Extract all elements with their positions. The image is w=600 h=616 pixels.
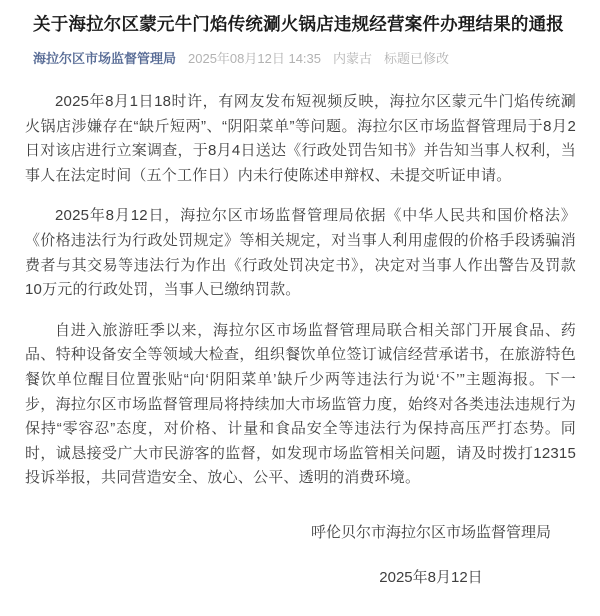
signature-organization: 呼伦贝尔市海拉尔区市场监督管理局 (311, 521, 551, 546)
signature-block: 呼伦贝尔市海拉尔区市场监督管理局 2025年8月12日 (25, 521, 551, 590)
article-body: 2025年8月1日18时许，有网友发布短视频反映，海拉尔区蒙元牛门焰传统涮火锅店… (25, 90, 576, 590)
paragraph-incident-report: 2025年8月1日18时许，有网友发布短视频反映，海拉尔区蒙元牛门焰传统涮火锅店… (25, 90, 576, 188)
title-modified-note: 标题已修改 (384, 50, 449, 68)
paragraph-penalty-decision: 2025年8月12日，海拉尔区市场监督管理局依据《中华人民共和国价格法》《价格违… (25, 204, 576, 302)
signature-date: 2025年8月12日 (311, 566, 551, 591)
account-name-link[interactable]: 海拉尔区市场监督管理局 (33, 50, 176, 68)
publish-location: 内蒙古 (333, 50, 372, 68)
article-meta: 海拉尔区市场监督管理局 2025年08月12日 14:35 内蒙古 标题已修改 (25, 50, 576, 68)
article-title: 关于海拉尔区蒙元牛门焰传统涮火锅店违规经营案件办理结果的通报 (25, 12, 576, 37)
article-page: 关于海拉尔区蒙元牛门焰传统涮火锅店违规经营案件办理结果的通报 海拉尔区市场监督管… (0, 0, 600, 616)
paragraph-supervision-measures: 自进入旅游旺季以来，海拉尔区市场监督管理局联合相关部门开展食品、药品、特种设备安… (25, 319, 576, 491)
publish-datetime: 2025年08月12日 14:35 (188, 50, 321, 68)
